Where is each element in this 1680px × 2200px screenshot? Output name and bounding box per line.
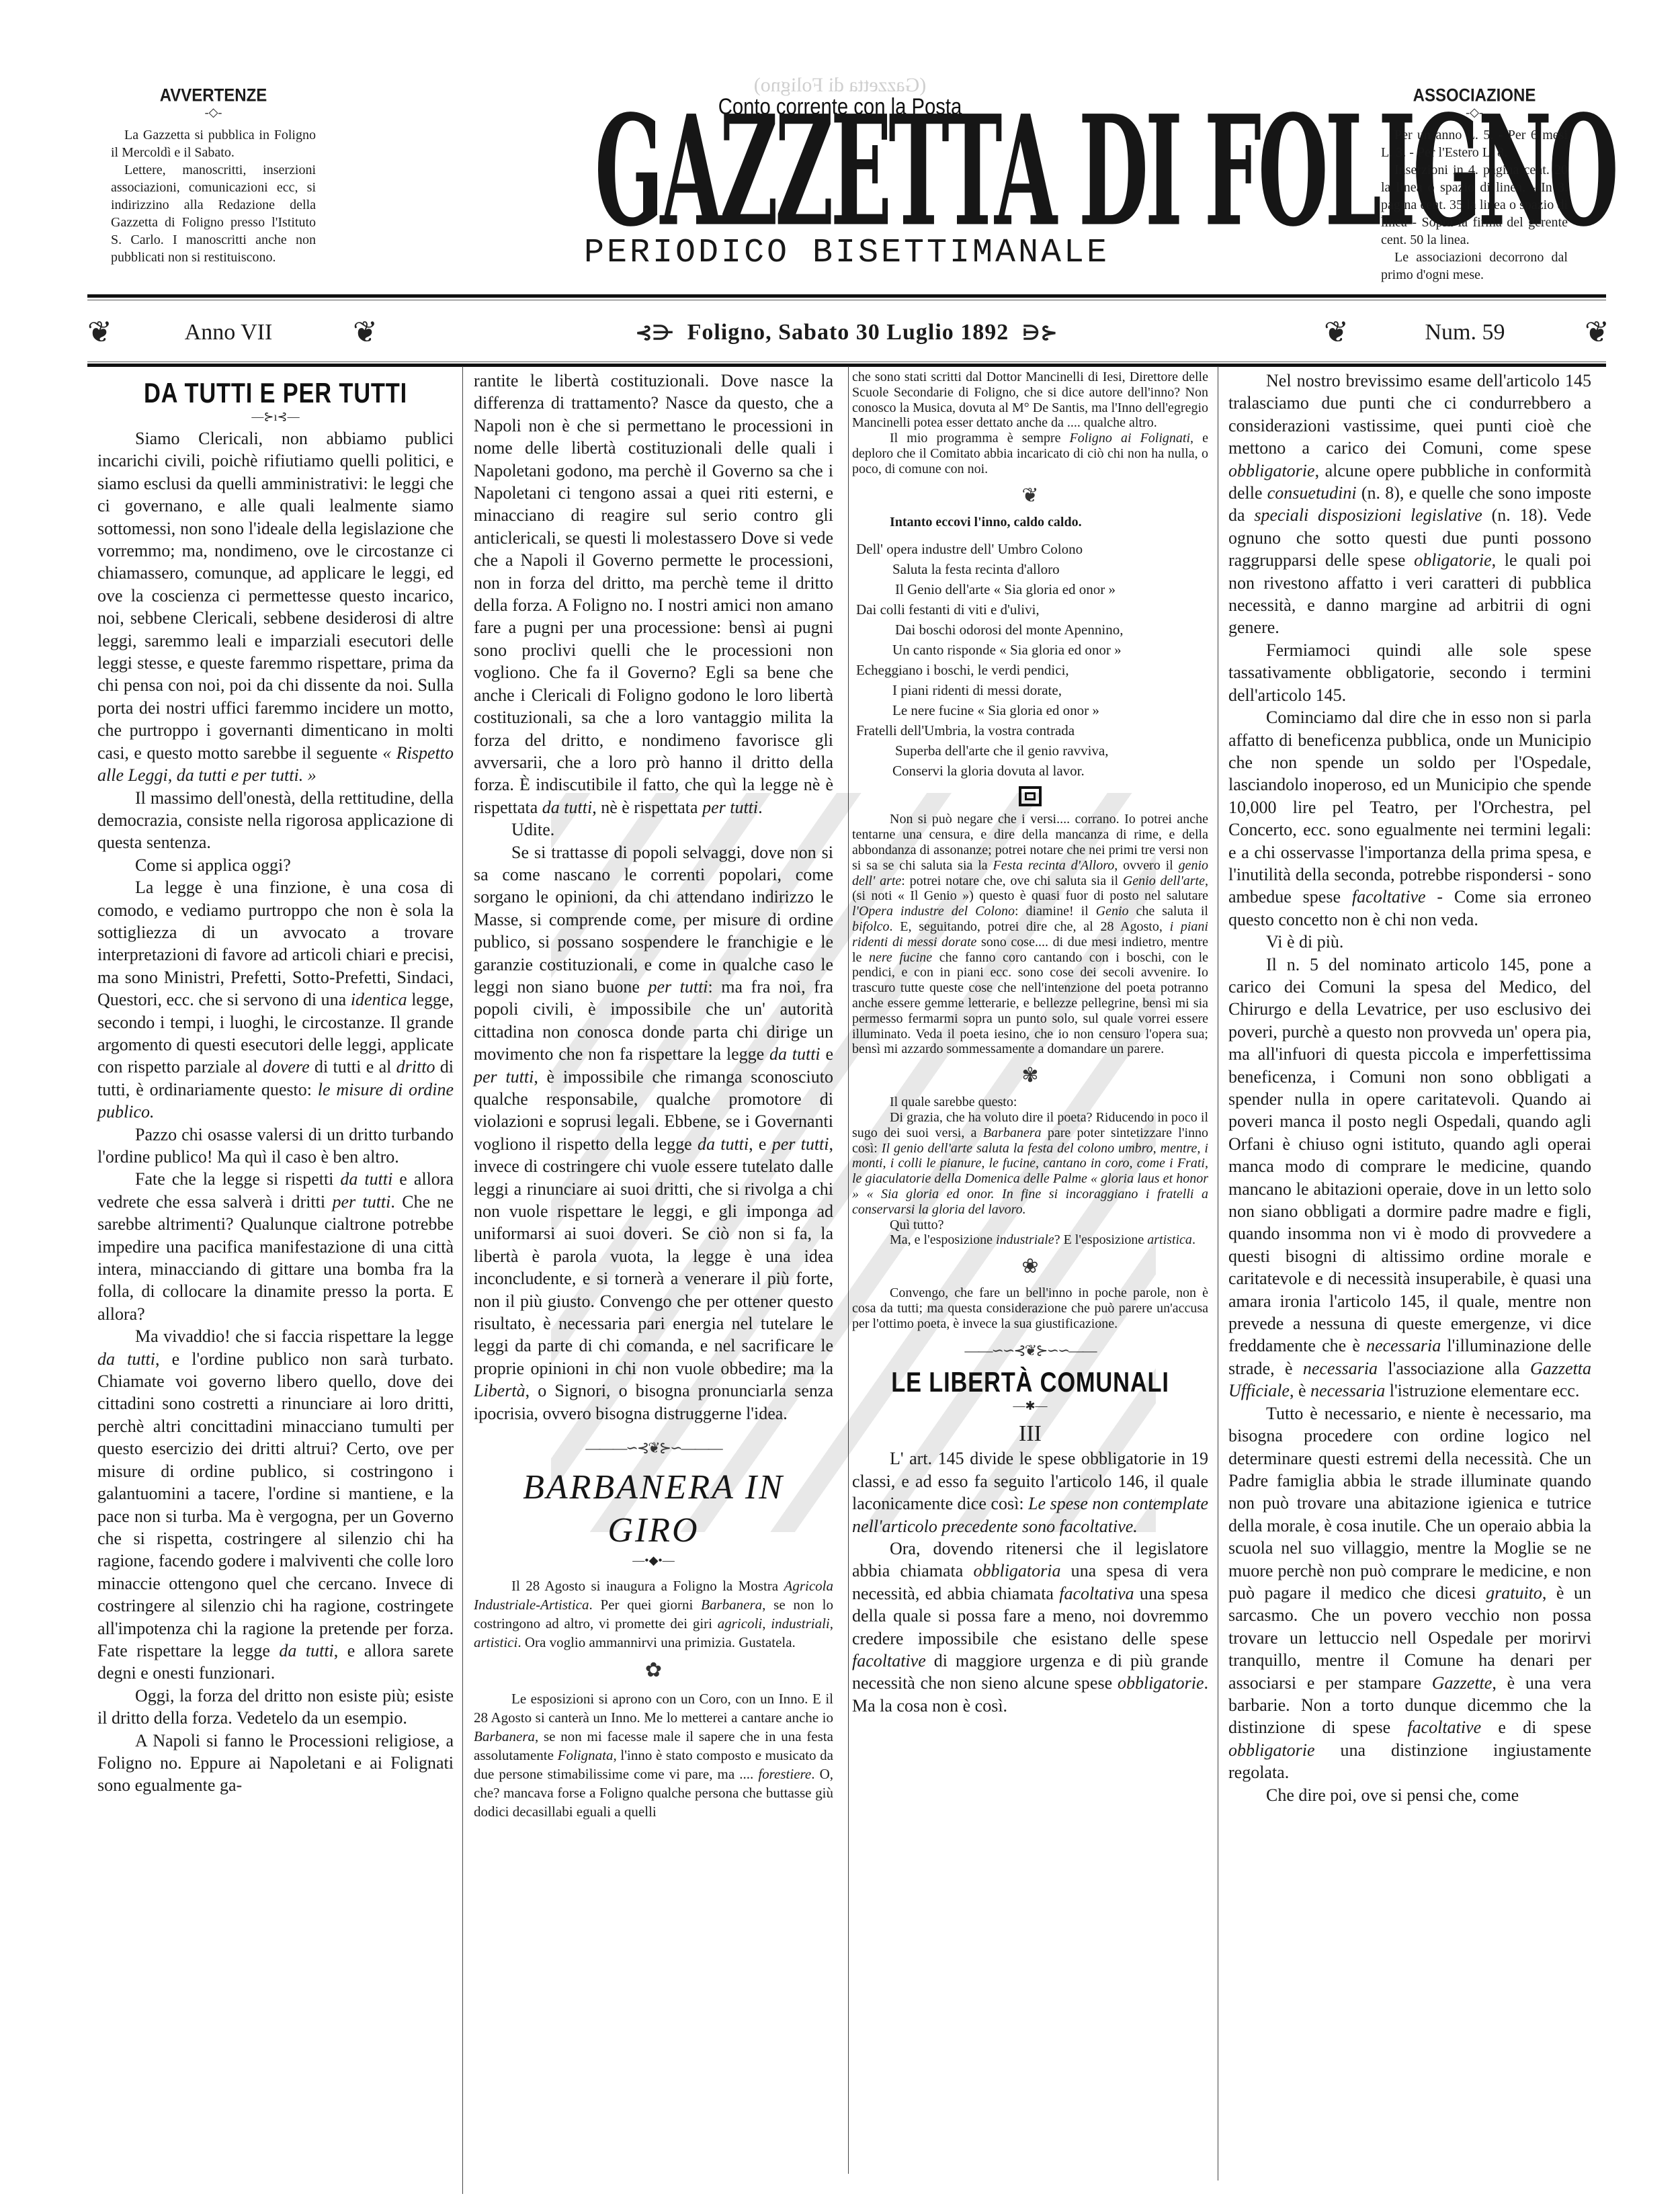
rule	[87, 364, 1606, 367]
dingbat-icon: ❀	[852, 1252, 1208, 1281]
poem-line: Dell' opera industre dell' Umbro Colono	[852, 539, 1208, 559]
fleuron-icon: ❦	[1585, 306, 1609, 359]
paragraph: Tutto è necessario, e niente è necessari…	[1228, 1402, 1591, 1784]
paragraph: Siamo Clericali, non abbiamo publici inc…	[97, 427, 454, 787]
section-separator: ——∽∽⊰❦⊱∽∽——	[852, 1343, 1208, 1359]
column-3: che sono stati scritti dal Dottor Mancin…	[852, 370, 1208, 1717]
ornament-icon: —⊱ı⊰—	[97, 410, 454, 423]
newspaper-subtitle: PERIODICO BISETTIMANALE	[363, 234, 1331, 272]
ornament-icon: -◇-	[1381, 106, 1568, 118]
paragraph: Oggi, la forza del dritto non esiste più…	[97, 1685, 454, 1730]
poem-line: Superba dell'arte che il genio ravviva,	[852, 741, 1208, 761]
issue-number: Num. 59	[1324, 299, 1606, 366]
dateline: ❦ Anno VII ❦ ⊰⋺ Foligno, Sabato 30 Lugli…	[87, 299, 1606, 366]
avvertenze-text: La Gazzetta si pubblica in Foligno il Me…	[111, 126, 316, 161]
column-2: rantite le libertà costituzionali. Dove …	[474, 370, 833, 1821]
article-headline: LE LIBERTÀ COMUNALI	[884, 1365, 1177, 1399]
dingbat-icon: ✾	[852, 1061, 1208, 1091]
paragraph: A Napoli si fanno le Processioni religio…	[97, 1730, 454, 1797]
paragraph: Il massimo dell'onestà, della rettitudin…	[97, 787, 454, 854]
paragraph: Il quale sarebbe questo:	[852, 1095, 1208, 1110]
poem-line: Conservi la gloria dovuta al lavor.	[852, 761, 1208, 781]
associazione-text: Per un anno L. 5. - Per 6 mesi L. 3. - P…	[1381, 126, 1568, 161]
square-ornament-icon	[1019, 786, 1042, 806]
dingbat-icon: ✿	[474, 1656, 833, 1685]
paragraph: Nel nostro brevissimo esame dell'articol…	[1228, 370, 1591, 639]
paragraph: Pazzo chi osasse valersi di un dritto tu…	[97, 1124, 454, 1169]
part-number: III	[852, 1421, 1208, 1447]
poem-line: Il Genio dell'arte « Sia gloria ed onor …	[852, 579, 1208, 599]
poem-line: Le nere fucine « Sia gloria ed onor »	[852, 700, 1208, 720]
ornament-icon: —•◆•—	[474, 1554, 833, 1567]
poem-line: Un canto risponde « Sia gloria ed onor »	[852, 640, 1208, 660]
paragraph: Ma, e l'esposizione industriale? E l'esp…	[852, 1232, 1208, 1248]
paragraph: Fermiamoci quindi alle sole spese tassat…	[1228, 639, 1591, 706]
column-divider	[462, 366, 463, 2194]
ornament-icon: —✱—	[852, 1399, 1208, 1412]
article-body: Il 28 Agosto si inaugura a Foligno la Mo…	[474, 1576, 833, 1821]
paragraph: Il mio programma è sempre Foligno ai Fol…	[852, 431, 1208, 476]
poem-line: I piani ridenti di messi dorate,	[852, 680, 1208, 700]
column-4: Nel nostro brevissimo esame dell'articol…	[1228, 370, 1591, 1806]
article-headline: BARBANERA IN GIRO	[474, 1466, 833, 1552]
newspaper-page: (Gazzetta di Foligno) AVVERTENZE -◇- La …	[0, 0, 1680, 2200]
paragraph: Cominciamo dal dire che in esso non si p…	[1228, 706, 1591, 931]
paragraph: Convengo, che fare un bell'inno in poche…	[852, 1285, 1208, 1331]
paragraph: Di grazia, che ha voluto dire il poeta? …	[852, 1110, 1208, 1218]
newspaper-title: GAZZETTA DI FOLIGNO	[595, 114, 1099, 228]
poem-intro: Intanto eccovi l'inno, caldo caldo.	[852, 515, 1208, 530]
associazione-text: Le associazioni decorrono dal primo d'og…	[1381, 249, 1568, 284]
paragraph: che sono stati scritti dal Dottor Mancin…	[852, 370, 1208, 431]
ornament-icon: -◇-	[111, 106, 316, 118]
poem-line: Echeggiano i boschi, le verdi pendici,	[852, 660, 1208, 680]
anno-label: Anno VII	[87, 299, 370, 366]
avvertenze-title: AVVERTENZE	[111, 87, 316, 106]
paragraph: Fate che la legge si rispetti da tutti e…	[97, 1168, 454, 1325]
section-separator: ———∽⊰❦⊱∽———	[474, 1437, 833, 1459]
paragraph: Ma vivaddio! che si faccia rispettare la…	[97, 1325, 454, 1685]
column-divider	[848, 366, 849, 2174]
paragraph: Che dire poi, ove si pensi che, come	[1228, 1784, 1591, 1806]
rule	[87, 294, 1606, 298]
dingbat-icon: ❦	[852, 481, 1208, 511]
associazione-box: ASSOCIAZIONE -◇- Per un anno L. 5. - Per…	[1381, 87, 1568, 284]
column-1: DA TUTTI E PER TUTTI —⊱ı⊰— Siamo Clerica…	[97, 370, 454, 1797]
poem-line: Dai colli festanti di viti e d'ulivi,	[852, 599, 1208, 620]
paragraph: L' art. 145 divide le spese obbligatorie…	[852, 1447, 1208, 1537]
associazione-title: ASSOCIAZIONE	[1381, 87, 1568, 106]
poem: Dell' opera industre dell' Umbro Colono …	[852, 539, 1208, 781]
paragraph: rantite le libertà costituzionali. Dove …	[474, 370, 833, 818]
paragraph: Se si trattasse di popoli selvaggi, dove…	[474, 841, 833, 1425]
issue-date: ⊰⋺ Foligno, Sabato 30 Luglio 1892 ⋻⊱	[370, 299, 1324, 366]
poem-line: Fratelli dell'Umbria, la vostra contrada	[852, 720, 1208, 741]
paragraph: Le esposizioni si aprono con un Coro, co…	[474, 1689, 833, 1821]
ornament-icon: ⊰⋺	[635, 321, 673, 345]
ornament-icon: ⋻⊱	[1022, 321, 1058, 345]
paragraph: Non si può negare che i versi.... corran…	[852, 812, 1208, 1057]
column-divider	[1218, 366, 1218, 2181]
associazione-text: Inserzioni in 4. pagina cent. 20 la line…	[1381, 161, 1568, 249]
paragraph: Vi è di più.	[1228, 931, 1591, 953]
poem-line: Saluta la festa recinta d'alloro	[852, 559, 1208, 579]
avvertenze-text: Lettere, manoscritti, inserzioni associa…	[111, 161, 316, 266]
paragraph: Il 28 Agosto si inaugura a Foligno la Mo…	[474, 1576, 833, 1652]
issue-date-text: Foligno, Sabato 30 Luglio 1892	[687, 320, 1009, 345]
paragraph: Il n. 5 del nominato articolo 145, pone …	[1228, 954, 1591, 1402]
article-headline: DA TUTTI E PER TUTTI	[130, 376, 422, 410]
paragraph: Udite.	[474, 818, 833, 841]
article-body: L' art. 145 divide le spese obbligatorie…	[852, 1447, 1208, 1717]
paragraph: Quì tutto?	[852, 1218, 1208, 1233]
poem-line: Dai boschi odorosi del monte Apennino,	[852, 620, 1208, 640]
avvertenze-box: AVVERTENZE -◇- La Gazzetta si pubblica i…	[111, 87, 316, 266]
paragraph: La legge è una finzione, è una cosa di c…	[97, 876, 454, 1123]
paragraph: Come si applica oggi?	[97, 854, 454, 876]
rule	[87, 362, 1606, 362]
paragraph: Ora, dovendo ritenersi che il legislator…	[852, 1537, 1208, 1717]
